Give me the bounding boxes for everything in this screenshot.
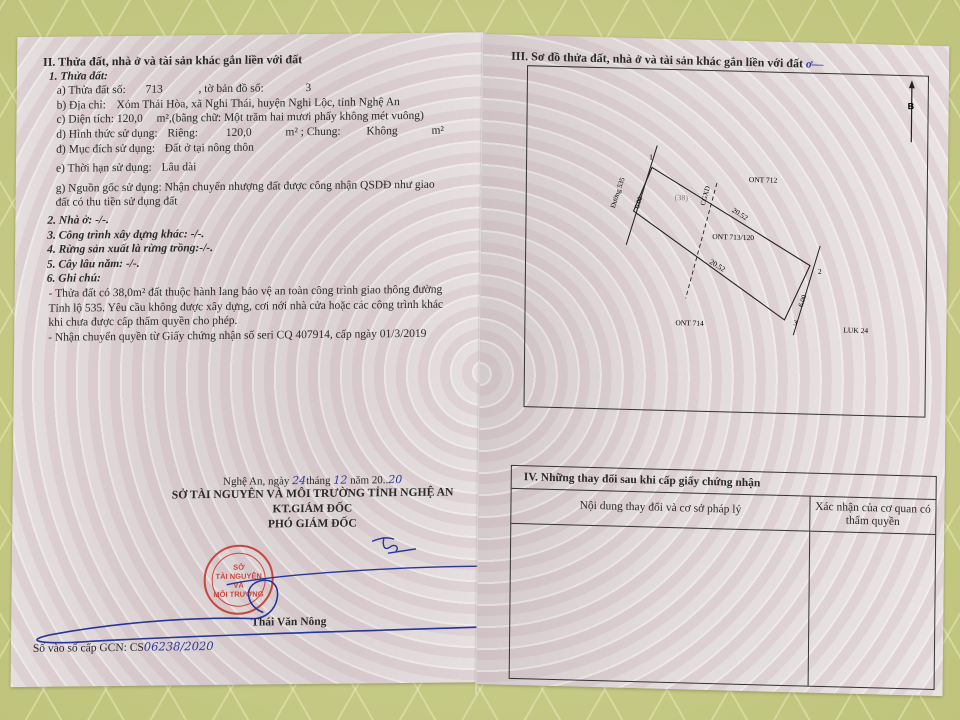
- registry-number: Số vào sổ cấp GCN: CS06238/2020: [33, 639, 214, 655]
- year-label: năm 20..: [350, 474, 388, 486]
- usage-origin-row: g) Nguồn gốc sử dụng: Nhận chuyển nhượng…: [56, 177, 451, 210]
- svg-text:6.00: 6.00: [633, 195, 645, 210]
- usage-purpose-value: Đất ở tại nông thôn: [165, 141, 254, 154]
- common-usage-value: Không: [366, 125, 397, 137]
- usage-term-row: e) Thời hạn sử dụng: Lâu dài: [56, 157, 482, 176]
- svg-text:LUK 24: LUK 24: [843, 326, 868, 336]
- area-unit: m²: [156, 113, 169, 125]
- area-value: 120,0: [117, 113, 143, 125]
- official-seal: SỞ TÀI NGUYÊN VÀ MÔI TRƯỜNG: [203, 544, 274, 615]
- address-value: Xóm Thái Hòa, xã Nghi Thái, huyện Nghi L…: [117, 96, 400, 111]
- seal-line: SỞ: [206, 562, 272, 572]
- area-in-words: ,(bằng chữ: Một trăm hai mươi phẩy không…: [169, 110, 424, 125]
- change-content-cell: [510, 524, 811, 686]
- date-prefix: Nghệ An, ngày: [223, 475, 289, 488]
- notes-list: - Thửa đất có 38,0m² đất thuộc hành lang…: [48, 282, 449, 345]
- signer-title-2: PHÓ GIÁM ĐỐC: [152, 516, 472, 531]
- usage-form-label: d) Hình thức sử dụng:: [56, 128, 157, 141]
- svg-text:ONT 714: ONT 714: [675, 318, 704, 328]
- address-label: b) Địa chỉ:: [57, 99, 106, 112]
- common-usage-label: ; Chung:: [301, 126, 341, 138]
- date-year: 20: [388, 473, 402, 486]
- svg-text:B: B: [908, 101, 915, 111]
- private-usage-label: Riêng:: [167, 127, 198, 139]
- usage-term-label: e) Thời hạn sử dụng:: [56, 162, 152, 175]
- issuing-agency: SỞ TÀI NGUYÊN VÀ MÔI TRƯỜNG TỈNH NGHỆ AN: [152, 485, 472, 501]
- parcel-map: B Đường 535 CGXD 6.00 6.00 20.52 20.52 (…: [523, 65, 928, 418]
- registry-label: Số vào sổ cấp GCN: CS: [33, 642, 144, 655]
- usage-term-value: Lâu dài: [161, 161, 196, 173]
- seal-line: MÔI TRƯỜNG: [205, 589, 271, 599]
- seal-line: TÀI NGUYÊN: [206, 571, 272, 581]
- date-month: 12: [333, 474, 347, 487]
- svg-text:2: 2: [818, 267, 822, 276]
- area-label: c) Diện tích:: [56, 113, 114, 126]
- common-usage-unit: m²: [431, 125, 444, 137]
- note-item: - Thửa đất có 38,0m² đất thuộc hành lang…: [48, 282, 449, 330]
- svg-text:20.52: 20.52: [731, 206, 750, 223]
- svg-text:ONT 712: ONT 712: [749, 175, 778, 185]
- signing-block: Nghệ An, ngày 24tháng 12 năm 20..20 SỞ T…: [152, 472, 473, 531]
- seal-line: VÀ: [206, 580, 272, 590]
- changes-body: [510, 524, 936, 689]
- left-page: II. Thửa đất, nhà ở và tài sản khác gắn …: [11, 32, 484, 687]
- parcel-number-label: a) Thửa đất số:: [57, 84, 126, 97]
- month-label: tháng: [306, 475, 331, 487]
- right-page: III. Sơ đồ thửa đất, nhà ở và tài sản kh…: [477, 34, 950, 696]
- signer-name: Thái Văn Nông: [251, 616, 326, 629]
- initials-mark: ơ—: [806, 58, 824, 70]
- registry-year: 2020: [184, 639, 213, 653]
- svg-text:6.00: 6.00: [797, 293, 809, 308]
- svg-text:Đường 535: Đường 535: [609, 176, 627, 209]
- col-authority-confirmation: Xác nhận của cơ quan có thẩm quyền: [810, 497, 935, 534]
- map-sheet-label: , tờ bản đồ số:: [198, 83, 263, 96]
- registry-number-value: 06238: [144, 639, 181, 653]
- usage-purpose-label: đ) Mục đích sử dụng:: [56, 142, 155, 155]
- svg-text:ONT 713/120: ONT 713/120: [712, 232, 754, 242]
- authority-confirmation-cell: [809, 532, 936, 689]
- private-usage-value: 120,0: [226, 127, 252, 139]
- parcel-number-value: 713: [145, 84, 162, 96]
- parcel-diagram: B Đường 535 CGXD 6.00 6.00 20.52 20.52 (…: [525, 66, 928, 416]
- svg-text:(38): (38): [675, 193, 689, 202]
- map-sheet-value: 3: [305, 82, 311, 94]
- certificate-sheet: II. Thửa đất, nhà ở và tài sản khác gắn …: [11, 29, 950, 689]
- changes-table: IV. Những thay đổi sau khi cấp giấy chứn…: [509, 465, 937, 690]
- svg-text:3: 3: [793, 318, 797, 327]
- private-usage-unit: m²: [285, 126, 298, 138]
- svg-text:1: 1: [649, 152, 653, 161]
- signer-title-1: KT.GIÁM ĐỐC: [152, 501, 472, 516]
- date-day: 24: [292, 474, 306, 487]
- usage-origin-label: g) Nguồn gốc sử dụng:: [56, 181, 162, 194]
